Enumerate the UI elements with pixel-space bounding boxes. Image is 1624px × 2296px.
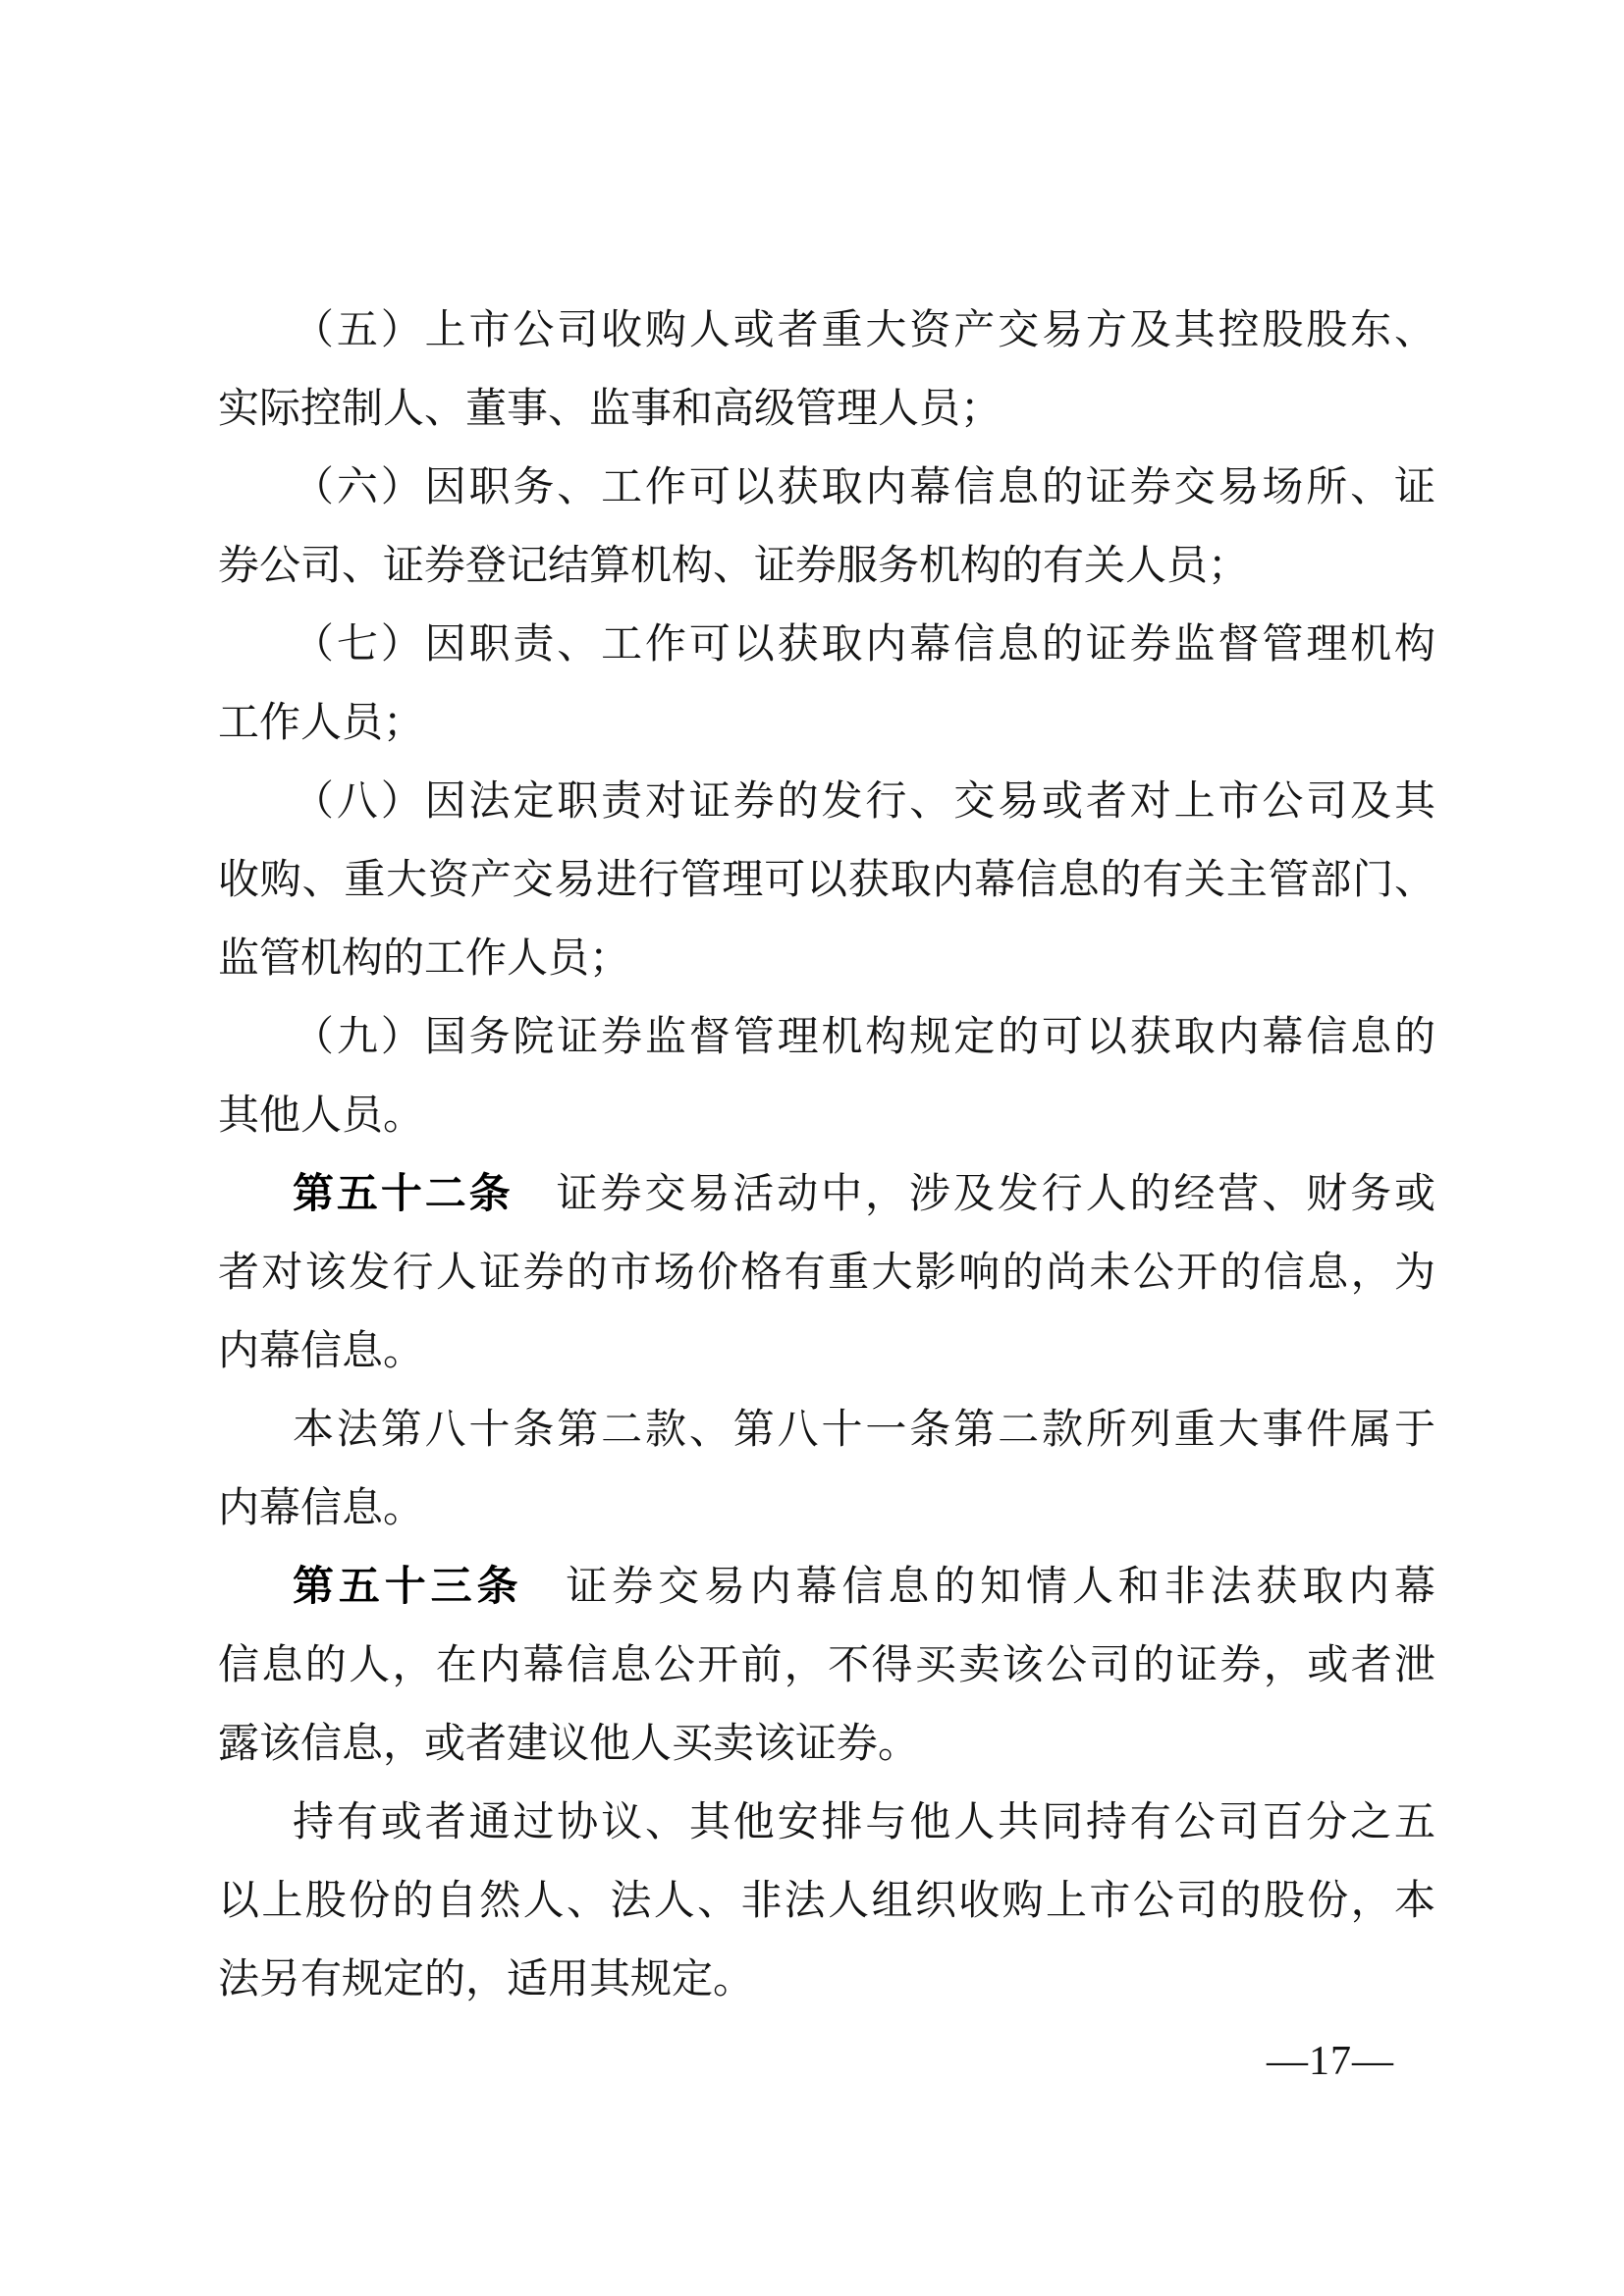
line-text: 本法第八十条第二款、第八十一条第二款所列重大事件属于	[293, 1408, 1435, 1453]
line-text: 露该信息，或者建议他人买卖该证券。	[218, 1722, 919, 1767]
line-text: 实际控制人、董事、监事和高级管理人员；	[218, 387, 1001, 432]
line-text: 其他人员。	[218, 1094, 424, 1139]
article-number-bold: 第五十三条	[293, 1565, 522, 1610]
page-number: —17—	[1267, 2040, 1394, 2083]
text-line: 第五十二条证券交易活动中，涉及发行人的经营、财务或	[218, 1155, 1435, 1234]
text-line: 监管机构的工作人员；	[218, 920, 1435, 998]
line-text: （九）国务院证券监督管理机构规定的可以获取内幕信息的	[293, 1015, 1435, 1060]
line-text: 法另有规定的，适用其规定。	[218, 1957, 754, 2002]
line-text: （八）因法定职责对证券的发行、交易或者对上市公司及其	[293, 779, 1435, 825]
text-line: 券公司、证券登记结算机构、证券服务机构的有关人员；	[218, 527, 1435, 606]
text-line: 法另有规定的，适用其规定。	[218, 1941, 1435, 2019]
text-line: 内幕信息。	[218, 1312, 1435, 1391]
line-text: 监管机构的工作人员；	[218, 936, 630, 982]
text-line: 信息的人，在内幕信息公开前，不得买卖该公司的证券，或者泄	[218, 1627, 1435, 1705]
text-line: 内幕信息。	[218, 1469, 1435, 1548]
text-line: 其他人员。	[218, 1077, 1435, 1155]
line-text: 者对该发行人证券的市场价格有重大影响的尚未公开的信息，为	[218, 1251, 1435, 1296]
text-line: 本法第八十条第二款、第八十一条第二款所列重大事件属于	[218, 1391, 1435, 1469]
text-line: （九）国务院证券监督管理机构规定的可以获取内幕信息的	[218, 998, 1435, 1077]
text-line: 第五十三条证券交易内幕信息的知情人和非法获取内幕	[218, 1548, 1435, 1627]
line-text: 工作人员；	[218, 701, 424, 746]
line-text: （五）上市公司收购人或者重大资产交易方及其控股股东、	[293, 308, 1435, 353]
line-text: 证券交易内幕信息的知情人和非法获取内幕	[566, 1565, 1435, 1610]
line-text: （六）因职务、工作可以获取内幕信息的证券交易场所、证	[293, 465, 1435, 510]
line-text: 内幕信息。	[218, 1329, 424, 1374]
document-text-block: （五）上市公司收购人或者重大资产交易方及其控股股东、实际控制人、董事、监事和高级…	[218, 292, 1435, 2019]
line-text: 证券交易活动中，涉及发行人的经营、财务或	[557, 1172, 1435, 1217]
line-text: 内幕信息。	[218, 1486, 424, 1531]
document-page: （五）上市公司收购人或者重大资产交易方及其控股股东、实际控制人、董事、监事和高级…	[0, 0, 1624, 2296]
text-line: （六）因职务、工作可以获取内幕信息的证券交易场所、证	[218, 449, 1435, 527]
text-line: 以上股份的自然人、法人、非法人组织收购上市公司的股份，本	[218, 1862, 1435, 1941]
text-line: 者对该发行人证券的市场价格有重大影响的尚未公开的信息，为	[218, 1234, 1435, 1312]
line-text: 信息的人，在内幕信息公开前，不得买卖该公司的证券，或者泄	[218, 1643, 1435, 1688]
article-number-bold: 第五十二条	[293, 1172, 514, 1217]
line-text: 以上股份的自然人、法人、非法人组织收购上市公司的股份，本	[218, 1879, 1435, 1924]
text-line: （八）因法定职责对证券的发行、交易或者对上市公司及其	[218, 763, 1435, 841]
text-line: 实际控制人、董事、监事和高级管理人员；	[218, 370, 1435, 449]
text-line: （五）上市公司收购人或者重大资产交易方及其控股股东、	[218, 292, 1435, 370]
line-text: 券公司、证券登记结算机构、证券服务机构的有关人员；	[218, 544, 1249, 589]
line-text: 持有或者通过协议、其他安排与他人共同持有公司百分之五	[293, 1800, 1435, 1845]
text-line: 露该信息，或者建议他人买卖该证券。	[218, 1705, 1435, 1784]
text-line: （七）因职责、工作可以获取内幕信息的证券监督管理机构	[218, 606, 1435, 684]
text-line: 工作人员；	[218, 684, 1435, 763]
text-line: 持有或者通过协议、其他安排与他人共同持有公司百分之五	[218, 1784, 1435, 1862]
text-line: 收购、重大资产交易进行管理可以获取内幕信息的有关主管部门、	[218, 841, 1435, 920]
line-text: 收购、重大资产交易进行管理可以获取内幕信息的有关主管部门、	[218, 858, 1435, 903]
line-text: （七）因职责、工作可以获取内幕信息的证券监督管理机构	[293, 622, 1435, 667]
